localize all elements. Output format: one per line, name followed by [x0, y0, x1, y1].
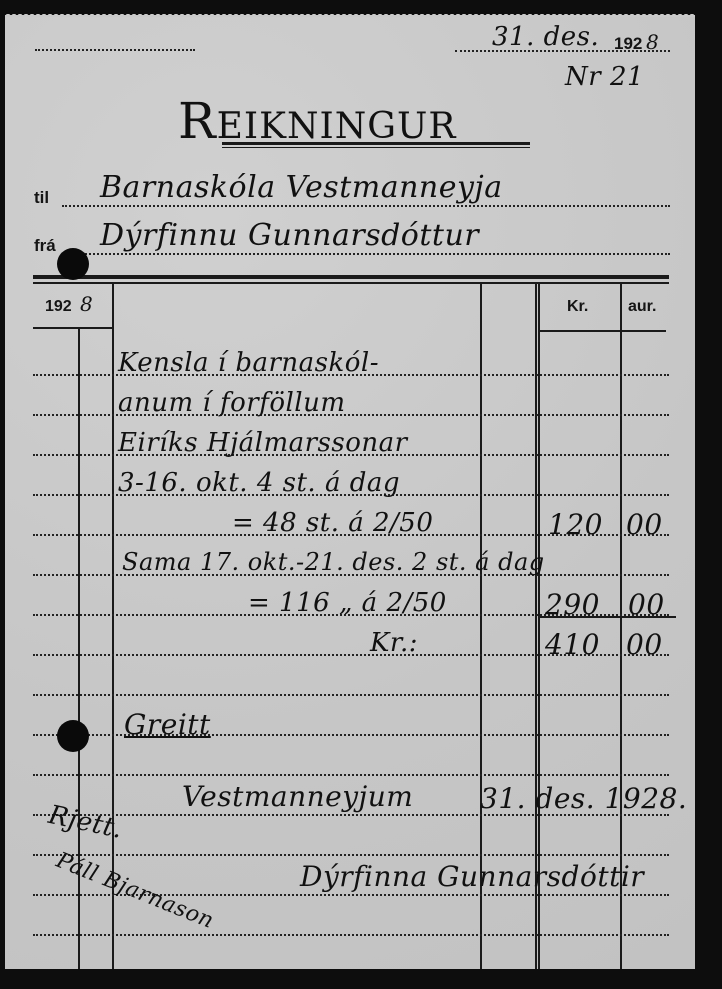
- header-date: 31. des.: [492, 22, 599, 52]
- description-total-label: Kr.:: [370, 628, 418, 658]
- binder-hole-bottom: [57, 720, 89, 752]
- perforated-edge: [5, 11, 695, 17]
- paid-note: Greitt: [124, 708, 211, 741]
- amount-aur-1: 00: [626, 508, 663, 541]
- description-line-2: anum í forföllum: [118, 388, 346, 418]
- invoice-number: Nr 21: [565, 62, 644, 92]
- from-value: Dýrfinnu Gunnarsdóttur: [100, 218, 479, 253]
- column-header-aur: aur.: [628, 298, 656, 316]
- from-line: [62, 253, 670, 255]
- table-year-digit: 8: [80, 292, 93, 316]
- description-line-5: = 48 st. á 2/50: [232, 508, 433, 538]
- signature: Dýrfinna Gunnarsdóttir: [300, 860, 644, 893]
- description-line-7: = 116 „ á 2/50: [248, 588, 447, 618]
- title-initial: R: [178, 92, 217, 150]
- header-blank-line: [35, 49, 195, 51]
- to-line: [62, 205, 670, 207]
- description-line-4: 3-16. okt. 4 st. á dag: [118, 468, 400, 498]
- to-value: Barnaskóla Vestmanneyja: [100, 170, 503, 205]
- header-year-digit: 8: [646, 30, 659, 54]
- year-header-rule: [33, 327, 113, 329]
- sum-underline: [540, 616, 676, 618]
- title-underline-thin: [222, 147, 530, 148]
- description-line-1: Kensla í barnaskól-: [118, 348, 379, 378]
- description-line-3: Eiríks Hjálmarssonar: [118, 428, 408, 458]
- table-year-printed: 192: [45, 298, 72, 316]
- col-divider-desc: [112, 283, 114, 969]
- place-name: Vestmanneyjum: [182, 780, 413, 813]
- binder-hole-top: [57, 248, 89, 280]
- title-underline: [222, 142, 530, 145]
- table-top-rule-thin: [33, 282, 669, 284]
- amount-header-rule: [538, 330, 666, 332]
- amount-kr-1: 120: [548, 508, 603, 541]
- column-header-kr: Kr.: [567, 298, 588, 316]
- to-label: til: [34, 188, 49, 208]
- from-label: frá: [34, 236, 56, 256]
- table-top-rule: [33, 275, 669, 279]
- amount-kr-total: 410: [545, 628, 600, 661]
- header-year-printed: 192: [614, 34, 642, 54]
- footer-date: 31. des. 1928.: [480, 782, 687, 815]
- title-rest: EIKNINGUR: [217, 106, 457, 147]
- amount-aur-total: 00: [626, 628, 663, 661]
- description-line-6: Sama 17. okt.-21. des. 2 st. á dag: [122, 548, 545, 576]
